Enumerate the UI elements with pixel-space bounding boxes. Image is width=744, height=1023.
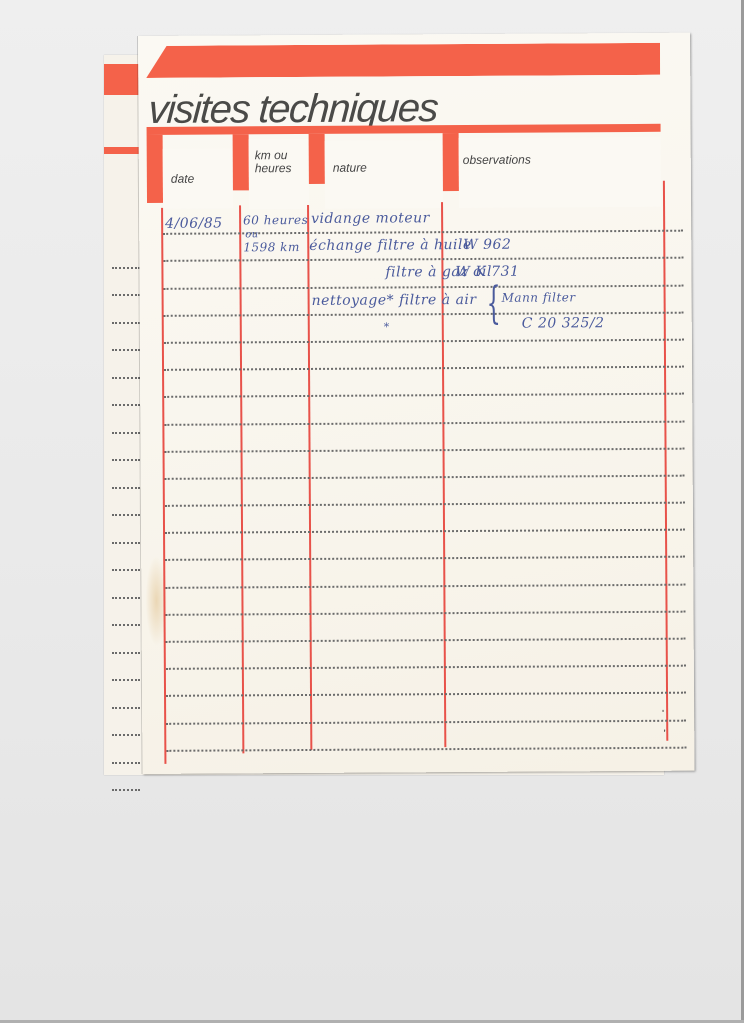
dotted-line xyxy=(112,654,140,682)
dotted-line xyxy=(112,434,140,462)
dotted-line xyxy=(112,681,140,709)
entry-km-or: ou xyxy=(245,229,259,240)
entry-row[interactable] xyxy=(166,694,686,724)
entry-nature-asterisk: * xyxy=(384,320,390,333)
entry-date: 4/06/85 xyxy=(165,215,223,231)
entry-row[interactable] xyxy=(165,531,685,561)
dotted-line xyxy=(112,461,140,489)
date-header-tab-edge xyxy=(147,135,163,203)
entry-hours: 60 heures xyxy=(243,213,308,227)
entry-row[interactable] xyxy=(166,612,686,642)
dotted-line xyxy=(112,269,140,297)
entry-obs-brand: Mann filter xyxy=(502,290,576,304)
entry-rows xyxy=(163,205,694,752)
dotted-line xyxy=(112,351,140,379)
dotted-line xyxy=(112,406,140,434)
entry-row[interactable] xyxy=(164,341,684,371)
dotted-line xyxy=(112,516,140,544)
entry-row[interactable] xyxy=(166,721,686,751)
observations-header-tab-edge xyxy=(443,133,459,191)
entry-row[interactable] xyxy=(164,313,684,343)
entry-obs-oil-filter-ref: W 962 xyxy=(463,237,511,253)
pen-mark: ' xyxy=(662,709,664,720)
dotted-line xyxy=(112,736,140,764)
entry-row[interactable] xyxy=(164,368,684,398)
entry-nature-line2: échange filtre à huile xyxy=(309,237,472,254)
dotted-line xyxy=(112,296,140,324)
column-header-date: date xyxy=(171,173,194,186)
entry-row[interactable] xyxy=(164,395,684,425)
entry-row[interactable] xyxy=(166,640,686,670)
nature-header-tab-edge xyxy=(309,134,325,184)
entry-row[interactable] xyxy=(165,504,685,534)
column-header-observations: observations xyxy=(463,154,531,167)
back-page-dotted-lines xyxy=(112,241,142,791)
entry-nature-line1: vidange moteur xyxy=(311,210,430,227)
dotted-line xyxy=(112,626,140,654)
dotted-line xyxy=(112,571,140,599)
dotted-line xyxy=(112,764,140,792)
pen-mark: , xyxy=(663,723,666,734)
entry-row[interactable] xyxy=(165,558,685,588)
dotted-line xyxy=(112,599,140,627)
top-red-band xyxy=(146,43,660,78)
column-header-km-line2: heures xyxy=(255,162,292,175)
column-header-nature: nature xyxy=(333,162,367,175)
entry-obs-air-filter-ref: C 20 325/2 xyxy=(522,315,605,332)
dotted-line xyxy=(112,489,140,517)
entry-nature-line4: nettoyage* filtre à air xyxy=(312,292,477,309)
handwritten-brace: { xyxy=(487,282,501,326)
entry-row[interactable] xyxy=(165,449,685,479)
dotted-line xyxy=(112,379,140,407)
km-header-tab-edge xyxy=(233,134,249,190)
logbook-page: visites techniques date km ou heures nat… xyxy=(138,33,694,774)
observations-header-box xyxy=(459,137,661,208)
entry-row[interactable] xyxy=(164,422,684,452)
entry-km: 1598 km xyxy=(243,240,300,254)
dotted-line xyxy=(112,544,140,572)
dotted-line xyxy=(112,324,140,352)
dotted-line xyxy=(112,241,140,269)
entry-row[interactable] xyxy=(166,667,686,697)
entry-row[interactable] xyxy=(165,585,685,615)
dotted-line xyxy=(112,709,140,737)
entry-row[interactable] xyxy=(165,477,685,507)
